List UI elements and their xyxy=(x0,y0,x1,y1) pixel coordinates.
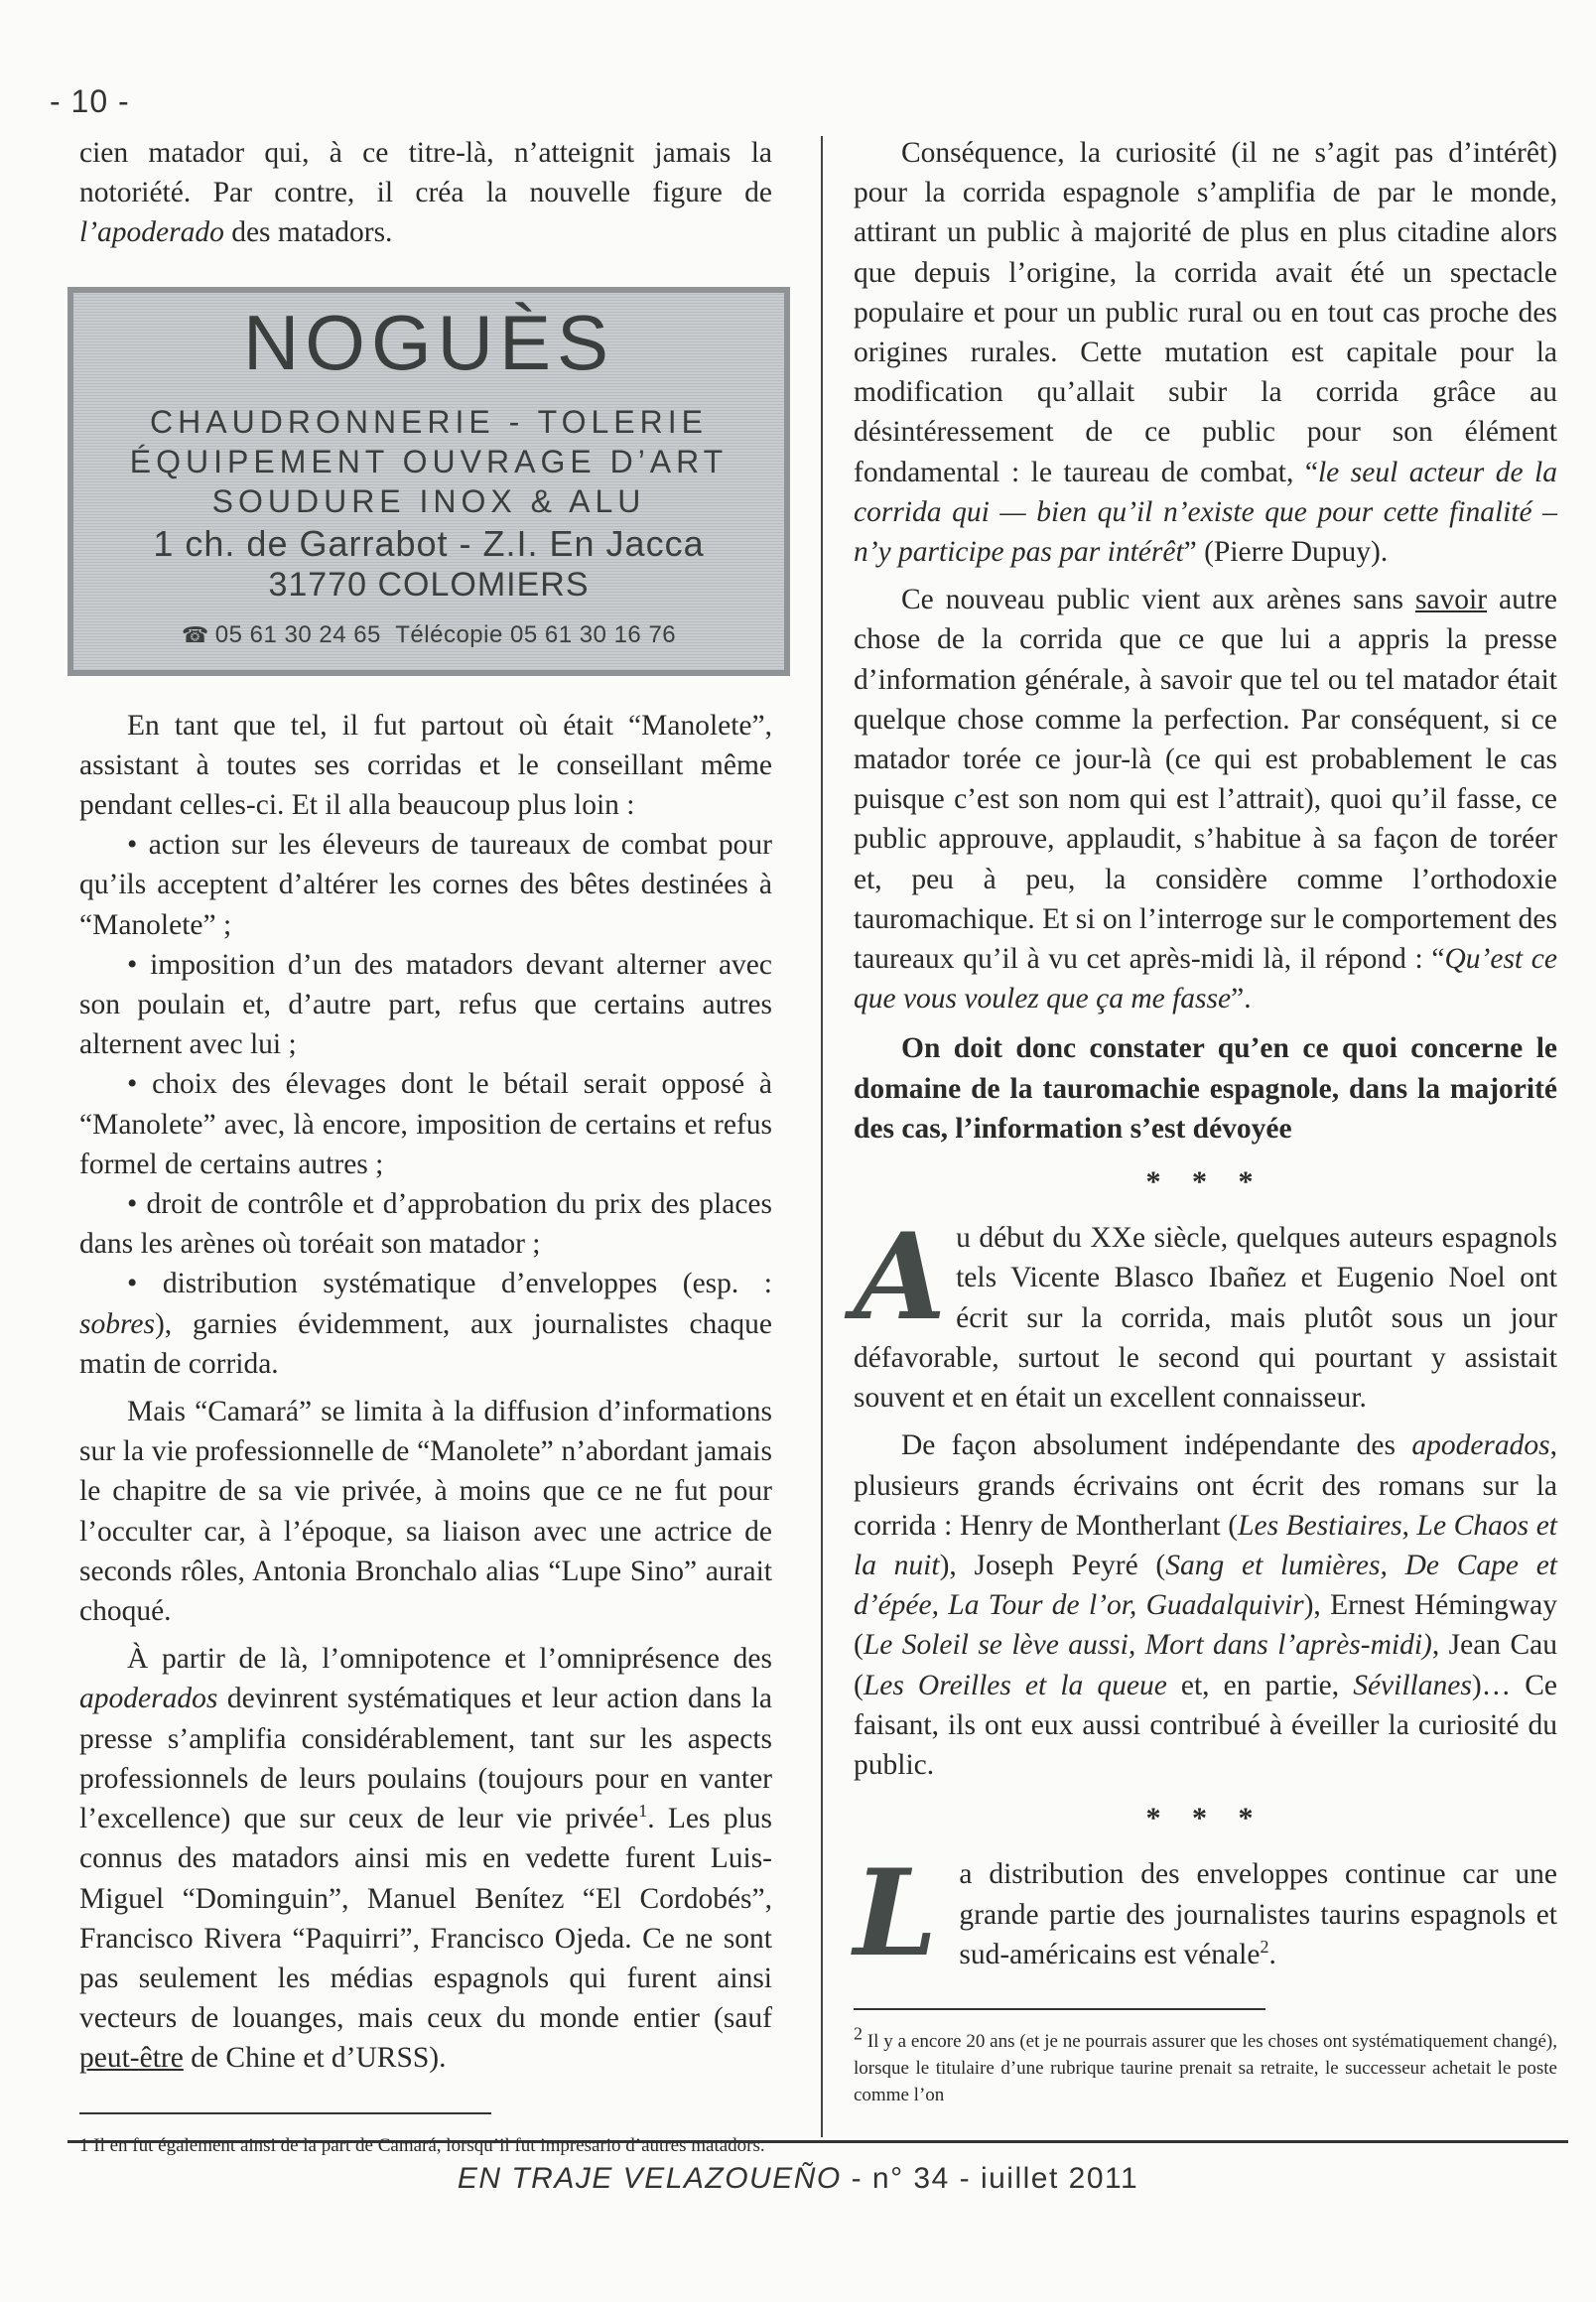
bullet-item: • distribution systématique d’enveloppes… xyxy=(79,1264,772,1384)
advertisement-nogues: NOGUÈS CHAUDRONNERIE - TOLERIE ÉQUIPEMEN… xyxy=(67,287,790,676)
left-column: cien matador qui, à ce titre-là, n’attei… xyxy=(79,133,772,2159)
paragraph-dropcap: La distribution des enveloppes continue … xyxy=(854,1854,1557,1974)
ad-fax-label: Télécopie xyxy=(395,621,503,648)
intro-paragraph: cien matador qui, à ce titre-là, n’attei… xyxy=(79,133,772,253)
ad-service-line: ÉQUIPEMENT OUVRAGE D’ART xyxy=(73,442,784,481)
telephone-icon: ☎ xyxy=(182,620,209,650)
ad-service-line: CHAUDRONNERIE - TOLERIE xyxy=(73,402,784,442)
footnote: 2 Il y a encore 20 ans (et je ne pourrai… xyxy=(854,2028,1557,2108)
section-separator: * * * xyxy=(854,1162,1557,1202)
footnote-rule xyxy=(854,2008,1265,2010)
ad-company-name: NOGUÈS xyxy=(73,293,784,384)
footnote-ref[interactable]: 1 xyxy=(638,1801,647,1821)
ad-contact: ☎05 61 30 24 65 Télécopie 05 61 30 16 76 xyxy=(73,620,784,650)
column-divider xyxy=(821,136,823,2137)
issue-info: - n° 34 - iuillet 2011 xyxy=(842,2162,1138,2195)
bullet-item: • action sur les éleveurs de taureaux de… xyxy=(79,825,772,945)
paragraph: De façon absolument indépendante des apo… xyxy=(854,1425,1557,1785)
ad-city: 31770 COLOMIERS xyxy=(73,565,784,605)
ad-address: 1 ch. de Garrabot - Z.I. En Jacca xyxy=(73,523,784,565)
ad-fax-number: 05 61 30 16 76 xyxy=(510,621,676,648)
dropcap-letter: L xyxy=(854,1860,937,1962)
ad-service-line: SOUDURE INOX & ALU xyxy=(73,481,784,521)
paragraph: En tant que tel, il fut partout où était… xyxy=(79,706,772,826)
ad-phone-number: 05 61 30 24 65 xyxy=(215,621,381,648)
paragraph: Conséquence, la curiosité (il ne s’agit … xyxy=(854,133,1557,572)
section-separator: * * * xyxy=(854,1799,1557,1838)
paragraph-dropcap: Au début du XXe siècle, quelques auteurs… xyxy=(854,1218,1557,1418)
dropcap-letter: A xyxy=(854,1224,946,1325)
bullet-item: • choix des élevages dont le bétail sera… xyxy=(79,1064,772,1184)
footer: EN TRAJE VELAZOUEÑO - n° 34 - iuillet 20… xyxy=(0,2162,1596,2196)
bullet-item: • droit de contrôle et d’approbation du … xyxy=(79,1184,772,1264)
footer-rule xyxy=(67,2140,1568,2143)
footnote: 1 Il en fut également ainsi de la part d… xyxy=(79,2132,772,2159)
publication-title: EN TRAJE VELAZOUEÑO xyxy=(458,2162,842,2195)
bold-statement: On doit donc constater qu’en ce quoi con… xyxy=(854,1028,1557,1149)
right-column: Conséquence, la curiosité (il ne s’agit … xyxy=(854,133,1557,2108)
paragraph: Mais “Camará” se limita à la diffusion d… xyxy=(79,1392,772,1631)
paragraph: Ce nouveau public vient aux arènes sans … xyxy=(854,580,1557,1018)
page-number: - 10 - xyxy=(50,83,130,120)
paragraph: À partir de là, l’omnipotence et l’omnip… xyxy=(79,1639,772,2078)
bullet-item: • imposition d’un des matadors devant al… xyxy=(79,945,772,1065)
footnote-rule xyxy=(79,2112,491,2114)
